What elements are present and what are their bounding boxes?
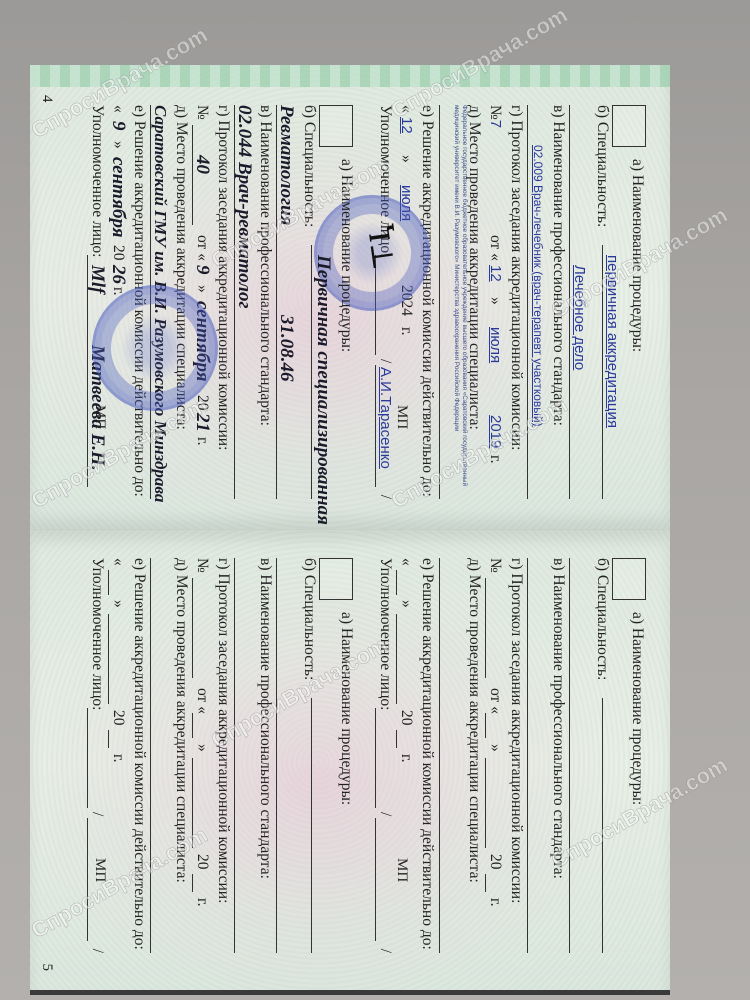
quote-close: » — [108, 141, 129, 149]
page-number: 4 — [38, 95, 55, 103]
procedure-label-row-2: а) Наименование процедуры: — [336, 558, 357, 953]
year-prefix: 20 — [485, 854, 506, 870]
from-label: от « — [192, 235, 213, 261]
number-sign: № — [487, 105, 504, 120]
protocol-label: г) Протокол заседания аккредитационной к… — [508, 558, 525, 903]
quote-close: » — [108, 600, 129, 608]
mp-label: МП — [393, 858, 410, 882]
decision-label-row: е) Решение аккредитационной комиссии дей… — [417, 558, 438, 953]
place-label: д) Место проведения аккредитации специал… — [173, 558, 190, 883]
protocol-number: 7 — [487, 120, 504, 128]
standard-label: в) Наименование профессионального станда… — [550, 105, 567, 426]
authorized-signature: Mlf — [87, 265, 108, 294]
booklet-spread: а) Наименование процедуры: б) Специально… — [30, 65, 670, 995]
decision-label: е) Решение аккредитационной комиссии дей… — [419, 105, 436, 497]
mp-label: МП — [393, 405, 410, 429]
specialty-label: б) Специальность: — [299, 558, 320, 680]
specialty-row-2: б) Специальность: — [311, 558, 332, 953]
standard-label-row-2: в) Наименование профессионального станда… — [255, 105, 276, 499]
mp-label: МП — [91, 858, 108, 882]
procedure-label: а) Наименование процедуры: — [627, 159, 648, 352]
specialty-label: б) Специальность: — [592, 558, 613, 680]
quote-open: « — [398, 558, 415, 566]
from-label: от « — [485, 235, 506, 261]
authorized-label: Уполномоченное лицо: — [377, 558, 394, 710]
slash: / — [375, 812, 396, 816]
quote-open: « — [110, 558, 127, 566]
protocol-number-row: №7 от « 12 » июля 2019 г. — [485, 105, 506, 499]
specialty-code: 31.08.46 — [276, 315, 297, 382]
year-suffix: г. — [108, 754, 129, 762]
place-label: д) Место проведения аккредитации специал… — [466, 105, 483, 430]
decision-label: е) Решение аккредитационной комиссии дей… — [419, 558, 436, 950]
specialty-label: б) Специальность: — [592, 105, 613, 227]
procedure-label: а) Наименование процедуры: — [336, 612, 357, 805]
quote-close: » — [485, 744, 506, 752]
year-prefix: 20 — [192, 395, 213, 411]
authorized-label: Уполномоченное лицо: — [89, 558, 106, 710]
year-suffix: г. — [396, 327, 417, 335]
protocol-number-row-2: № от « » 20 г. — [192, 558, 213, 953]
decision-label-row-2: е) Решение аккредитационной комиссии дей… — [129, 558, 150, 953]
year-prefix: 20 — [108, 245, 129, 261]
from-label: от « — [485, 688, 506, 714]
specialty-value: Лечебное дело — [569, 265, 590, 370]
slash: / — [375, 359, 396, 363]
place-label-row-2: д) Место проведения аккредитации специал… — [171, 558, 192, 953]
page-4: а) Наименование процедуры: б) Специально… — [30, 65, 670, 530]
protocol-label: г) Протокол заседания аккредитационной к… — [215, 558, 232, 903]
procedure-value: Первичная специализированная — [313, 255, 334, 525]
standard-value-row: 02.009 Врач-лечебник (врач-терапевт учас… — [527, 105, 548, 499]
accreditation-booklet: а) Наименование процедуры: б) Специально… — [30, 65, 670, 995]
year-suffix: г. — [485, 898, 506, 906]
specialty-value-row: Лечебное дело — [569, 105, 590, 499]
standard-value: 02.009 Врач-лечебник (врач-терапевт учас… — [527, 145, 548, 427]
protocol-label-row: г) Протокол заседания аккредитационной к… — [506, 558, 527, 953]
page-number: 5 — [38, 964, 55, 972]
standard-value: 02.044 Врач-ревматолог — [234, 105, 255, 308]
standard-label: в) Наименование профессионального станда… — [257, 105, 274, 426]
year-suffix: г. — [192, 437, 213, 445]
standard-value-row-2: 02.044 Врач-ревматолог — [234, 105, 255, 499]
standard-label: в) Наименование профессионального станда… — [550, 558, 567, 879]
procedure-label-row: а) Наименование процедуры: — [627, 105, 648, 499]
procedure-label-row: а) Наименование процедуры: — [627, 558, 648, 953]
procedure-label: а) Наименование процедуры: — [627, 612, 648, 805]
protocol-label-row-2: г) Протокол заседания аккредитационной к… — [213, 105, 234, 499]
authorized-row: Уполномоченное лицо: / / — [375, 558, 396, 953]
protocol-day: 9 — [192, 265, 213, 275]
place-label-row: д) Место проведения аккредитации специал… — [464, 558, 485, 953]
number-sign: № — [487, 558, 504, 573]
place-value-row: Федеральное государственное бюджетное об… — [438, 105, 464, 499]
protocol-day: 12 — [485, 265, 506, 282]
standard-label-row-2: в) Наименование профессионального станда… — [255, 558, 276, 953]
year-suffix: г. — [192, 898, 213, 906]
signature: Ⴈ⊥ — [360, 223, 401, 273]
year-prefix: 20 — [108, 710, 129, 726]
slash: / — [87, 812, 108, 816]
standard-label-row: в) Наименование профессионального станда… — [548, 105, 569, 499]
slash: / — [87, 949, 108, 953]
specialty-row: б) Специальность: — [602, 558, 623, 953]
authorized-row-2: Уполномоченное лицо: / / — [87, 558, 108, 953]
slash: / — [375, 495, 396, 499]
quote-close: » — [396, 600, 417, 608]
protocol-label-row-2: г) Протокол заседания аккредитационной к… — [213, 558, 234, 953]
quote-close: » — [485, 297, 506, 305]
valid-month: сентября — [108, 157, 129, 237]
decision-date-row: « » 20 г. — [396, 558, 417, 953]
specialty-row: б) Специальность: первичная аккредитация — [602, 105, 623, 499]
protocol-label: г) Протокол заседания аккредитационной к… — [215, 105, 232, 450]
valid-year: 26 — [108, 265, 129, 284]
quote-close: » — [192, 285, 213, 293]
year-suffix: г. — [396, 754, 417, 762]
standard-label: в) Наименование профессионального станда… — [257, 558, 274, 879]
specialty-row-2: б) Специальность: Первичная специализиро… — [311, 105, 332, 499]
page-4-content: а) Наименование процедуры: б) Специально… — [44, 105, 648, 499]
quote-close: » — [192, 744, 213, 752]
page-5: а) Наименование процедуры: б) Специально… — [30, 530, 670, 995]
specialty-label: б) Специальность: — [299, 105, 320, 227]
procedure-value: первичная аккредитация — [602, 255, 623, 428]
standard-label-row: в) Наименование профессионального станда… — [548, 558, 569, 953]
protocol-label-row: г) Протокол заседания аккредитационной к… — [506, 105, 527, 499]
year-suffix: г. — [485, 455, 506, 463]
year-prefix: 20 — [396, 710, 417, 726]
protocol-label: г) Протокол заседания аккредитационной к… — [508, 105, 525, 450]
authorized-label: Уполномоченное лицо: — [89, 105, 106, 257]
protocol-year: 2019 — [485, 415, 506, 448]
procedure-label: а) Наименование процедуры: — [336, 159, 357, 352]
authorized-row-2: Уполномоченное лицо: Mlf Матвеева Е.Н. — [87, 105, 108, 499]
specialty-value: Ревматология — [276, 105, 297, 226]
protocol-year: 21 — [192, 413, 213, 432]
place-value: Федеральное государственное бюджетное об… — [452, 105, 468, 499]
decision-label-row: е) Решение аккредитационной комиссии дей… — [417, 105, 438, 499]
quote-close: » — [396, 155, 417, 163]
quote-open: « — [110, 105, 127, 113]
valid-day: 9 — [108, 121, 129, 131]
round-stamp — [92, 285, 218, 411]
protocol-number: 40 — [192, 155, 213, 174]
page-5-content: а) Наименование процедуры: б) Специально… — [44, 558, 648, 953]
valid-day: 12 — [396, 117, 417, 134]
protocol-month: июля — [485, 327, 506, 363]
decision-date-row-2: « » 20 г. — [108, 558, 129, 953]
decision-label: е) Решение аккредитационной комиссии дей… — [131, 558, 148, 950]
slash: / — [375, 949, 396, 953]
number-sign: № — [194, 105, 211, 120]
mp-label: МП — [91, 405, 108, 429]
procedure-label-row-2: а) Наименование процедуры: — [336, 105, 357, 499]
protocol-number-row: № от « » 20 г. — [485, 558, 506, 953]
quote-open: « — [398, 105, 415, 113]
specialty-value-row-2: Ревматология 31.08.46 — [276, 105, 297, 499]
number-sign: № — [194, 558, 211, 573]
place-label: д) Место проведения аккредитации специал… — [466, 558, 483, 883]
year-prefix: 20 — [192, 854, 213, 870]
from-label: от « — [192, 688, 213, 714]
